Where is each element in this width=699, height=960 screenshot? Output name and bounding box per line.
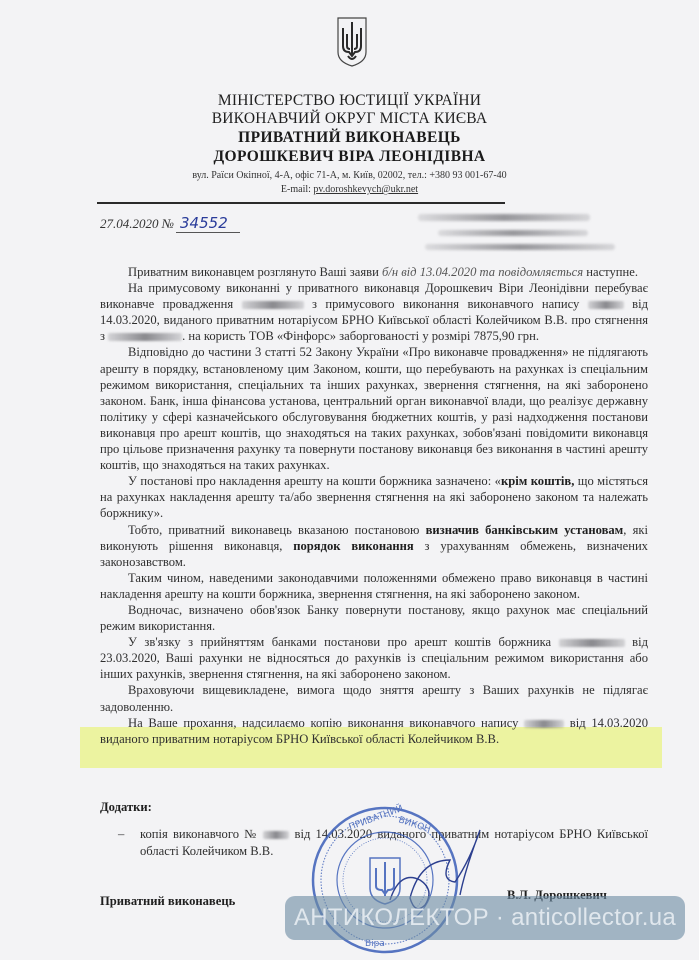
- redacted-recipient-line-1: [418, 214, 590, 221]
- paragraph-4: У постанові про накладення арешту на кош…: [100, 473, 648, 521]
- executor-name: ДОРОШКЕВИЧ ВІРА ЛЕОНІДІВНА: [0, 148, 699, 166]
- paragraph-8: У зв'язку з прийняттям банками постанови…: [100, 634, 648, 682]
- paragraph-10: На Ваше прохання, надсилаємо копію викон…: [100, 715, 648, 747]
- redacted-writ-number: [263, 831, 289, 839]
- trident-icon: [336, 16, 368, 68]
- outgoing-number: 34552: [176, 214, 240, 233]
- redacted-recipient-line-2: [438, 230, 588, 236]
- email-link[interactable]: pv.doroshkevych@ukr.net: [313, 184, 418, 195]
- redacted-writ-number: [524, 720, 564, 728]
- district-title: ВИКОНАВЧИЙ ОКРУГ МІСТА КИЄВА: [0, 110, 699, 128]
- executor-role: ПРИВАТНИЙ ВИКОНАВЕЦЬ: [0, 129, 699, 147]
- watermark-banner: АНТИКОЛЕКТОР · anticollector.ua: [285, 896, 685, 940]
- paragraph-1: Приватним виконавцем розглянуто Ваші зая…: [100, 264, 648, 280]
- ministry-title: МІНІСТЕРСТВО ЮСТИЦІЇ УКРАЇНИ: [0, 92, 699, 110]
- signer-role: Приватний виконавець: [100, 894, 235, 909]
- redacted-writ-number: [588, 301, 624, 309]
- header-divider: [97, 202, 505, 204]
- paragraph-5: Тобто, приватний виконавець вказаною пос…: [100, 522, 648, 570]
- list-dash: –: [118, 826, 124, 843]
- paragraph-6: Таким чином, наведеними законодавчими по…: [100, 570, 648, 602]
- addenda-title: Додатки:: [100, 800, 152, 815]
- outgoing-date: 27.04.2020 №34552: [100, 214, 240, 232]
- svg-text:Віра: Віра: [365, 939, 385, 949]
- email-label: E-mail:: [281, 184, 314, 195]
- watermark-text: АНТИКОЛЕКТОР · anticollector.ua: [294, 904, 676, 932]
- date-text: 27.04.2020 №: [100, 216, 174, 231]
- redacted-case-number: [242, 301, 304, 309]
- address-line: вул. Раїси Окіпної, 4-А, офіс 71-А, м. К…: [0, 170, 699, 181]
- letter-body: Приватним виконавцем розглянуто Ваші зая…: [100, 264, 648, 747]
- paragraph-2: На примусовому виконанні у приватного ви…: [100, 280, 648, 344]
- paragraph-3: Відповідно до частини 3 статті 52 Закону…: [100, 344, 648, 473]
- redacted-debtor-name: [108, 333, 182, 341]
- paragraph-7: Водночас, визначено обов'язок Банку пове…: [100, 602, 648, 634]
- email-line: E-mail: pv.doroshkevych@ukr.net: [0, 184, 699, 195]
- paragraph-9-highlighted: Враховуючи вищевикладене, вимога щодо зн…: [100, 682, 648, 714]
- redacted-recipient-line-3: [425, 244, 615, 250]
- document-page: МІНІСТЕРСТВО ЮСТИЦІЇ УКРАЇНИ ВИКОНАВЧИЙ …: [0, 0, 699, 960]
- redacted-case-number: [559, 639, 625, 647]
